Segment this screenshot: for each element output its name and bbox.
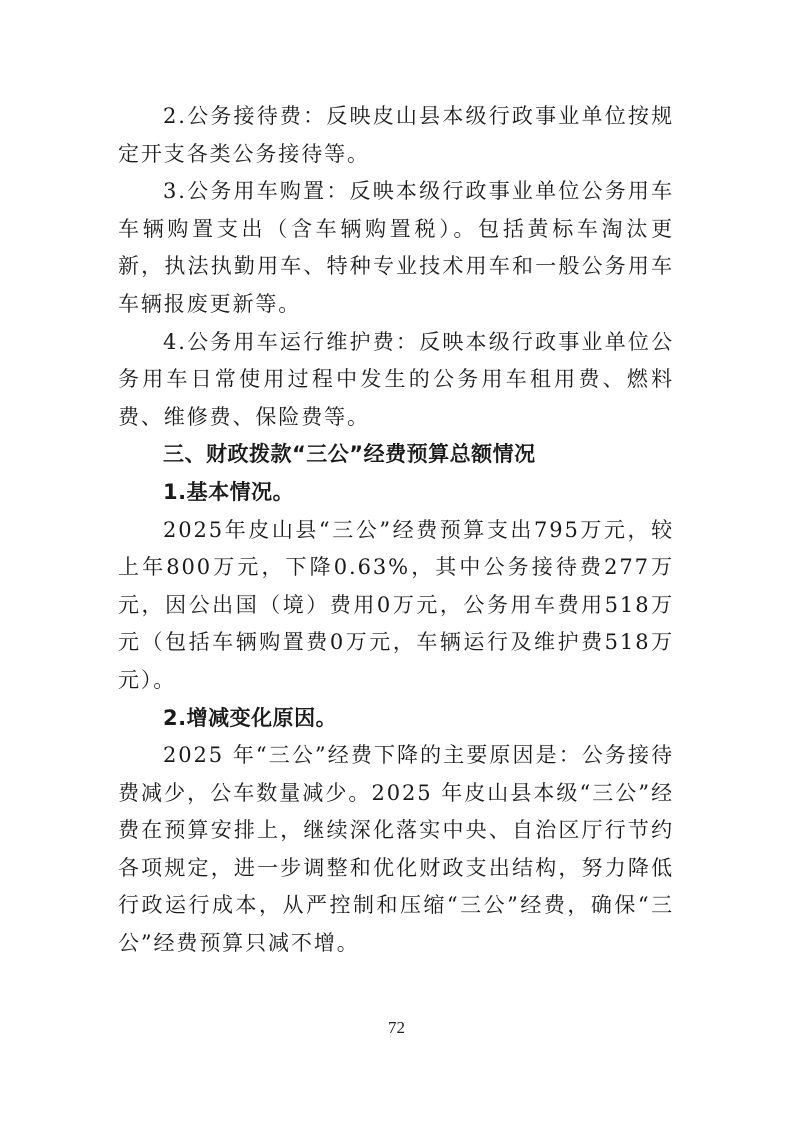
section-heading-three-public-budget: 三、财政拨款“三公”经费预算总额情况 <box>118 436 674 474</box>
paragraph-vehicle-purchase: 3.公务用车购置：反映本级行政事业单位公务用车车辆购置支出（含车辆购置税）。包括… <box>118 173 674 323</box>
paragraph-vehicle-maintenance: 4.公务用车运行维护费：反映本级行政事业单位公务用车日常使用过程中发生的公务用车… <box>118 324 674 437</box>
page-number: 72 <box>0 1018 793 1038</box>
document-page: 2.公务接待费：反映皮山县本级行政事业单位按规定开支各类公务接待等。 3.公务用… <box>118 98 674 963</box>
subheading-change-reasons: 2.增减变化原因。 <box>118 700 674 738</box>
paragraph-basic-situation: 2025年皮山县“三公”经费预算支出795万元，较上年800万元，下降0.63%… <box>118 512 674 700</box>
subheading-basic-situation: 1.基本情况。 <box>118 474 674 512</box>
paragraph-change-reasons: 2025 年“三公”经费下降的主要原因是：公务接待费减少，公车数量减少。2025… <box>118 737 674 963</box>
paragraph-reception-fee: 2.公务接待费：反映皮山县本级行政事业单位按规定开支各类公务接待等。 <box>118 98 674 173</box>
